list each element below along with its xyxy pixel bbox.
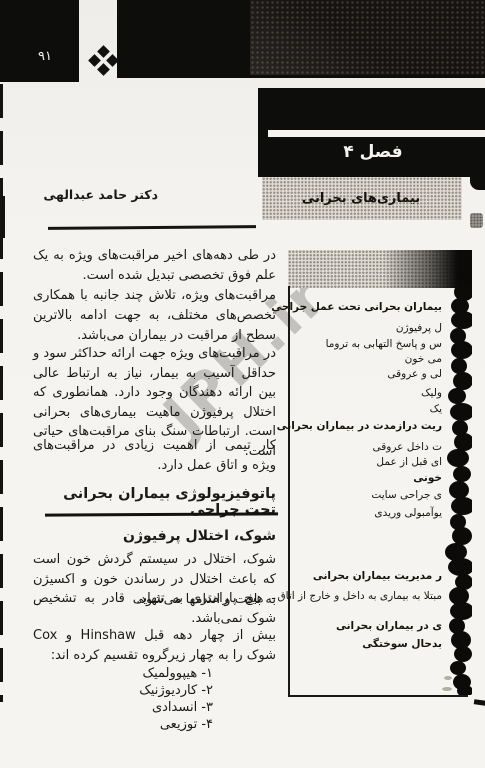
contents-item: خونی — [413, 471, 442, 485]
contents-item: ریت درازمدت در بیماران بحرانی — [277, 419, 442, 433]
contents-item: مبتلا به بیماری به داخل و خارج از اتاق — [278, 589, 443, 603]
scan-left-edge-line — [0, 84, 3, 702]
chapter-label: فصل ۴ — [308, 142, 438, 162]
contents-item: ر مدیریت بیماران بحرانی — [313, 569, 442, 583]
numbered-list-item: ۲- کاردیوژنیک — [33, 683, 213, 698]
numbered-list-item: ۴- توزیعی — [33, 717, 213, 732]
contents-item: یک — [430, 402, 442, 416]
top-right-halftone-mass — [250, 0, 485, 75]
body-paragraph: - هیچ پارامتری به تنهایی قادر به تشخیص ش… — [33, 589, 276, 629]
contents-item: یوآمبولی وریدی — [374, 506, 442, 520]
contents-box-left-border — [288, 286, 290, 697]
top-left-black-bar — [0, 0, 79, 82]
body-paragraph: در طی دهه‌های اخیر مراقبت‌های ویژه به یک… — [33, 246, 276, 286]
contents-box-bottom-border — [288, 695, 468, 697]
author-underline-rule — [48, 225, 256, 229]
contents-item: ت داخل عروقی — [373, 440, 443, 454]
chapter-banner-block — [258, 88, 485, 177]
body-paragraph: بیش از چهار دهه قبل Hinshaw و Cox شوک را… — [33, 626, 276, 666]
page-number: ۹۱ — [28, 49, 62, 64]
contents-item: ی در بیماران بحرانی — [336, 619, 442, 633]
contents-item: لی و عروقی — [387, 367, 442, 381]
author-name: دکتر حامد عبدالهی — [46, 187, 158, 202]
numbered-list-item: ۳- انسدادی — [33, 700, 213, 715]
subsection-heading: شوک، اختلال پرفیوژن — [33, 528, 276, 544]
numbered-list-item: ۱- هیپوولمیک — [33, 666, 213, 681]
scan-dash-mark — [474, 699, 485, 706]
banner-white-slit — [268, 130, 485, 137]
contents-box-texture-bar — [288, 250, 472, 288]
contents-item: ل پرفیوژن — [396, 321, 442, 335]
page-corner-tab — [470, 171, 485, 190]
contents-item: ی جراحی سایت — [371, 488, 442, 502]
contents-item: ای قبل از عمل — [376, 455, 442, 469]
body-paragraph: کار تیمی از اهمیت زیادی در مراقبت‌های وی… — [33, 436, 276, 476]
body-paragraph: مراقبت‌های ویژه، تلاش چند جانبه با همکار… — [33, 286, 276, 346]
scan-left-edge-mark — [0, 196, 5, 238]
contents-item: بیماران بحرانی تحت عمل جراحی — [271, 300, 442, 314]
scanned-book-page: JPH.ir ۹۱ فصل ۴ بیماری‌های بحرانی دکتر ح… — [0, 0, 485, 768]
chapter-contents-box: بیماران بحرانی تحت عمل جراحی ل پرفیوژن س… — [288, 250, 472, 697]
scan-speck — [470, 213, 483, 228]
diamond-ornament-icon — [90, 47, 117, 74]
contents-item: بدحال سوختگی — [362, 637, 442, 651]
contents-item: می خون — [405, 352, 442, 366]
contents-item: س و پاسخ التهابی به تروما — [326, 337, 442, 351]
chapter-title: بیماری‌های بحرانی — [302, 191, 422, 206]
ink-blob-band — [438, 286, 472, 695]
contents-item: ولیک — [421, 386, 442, 400]
chapter-title-bar: بیماری‌های بحرانی — [262, 177, 462, 220]
